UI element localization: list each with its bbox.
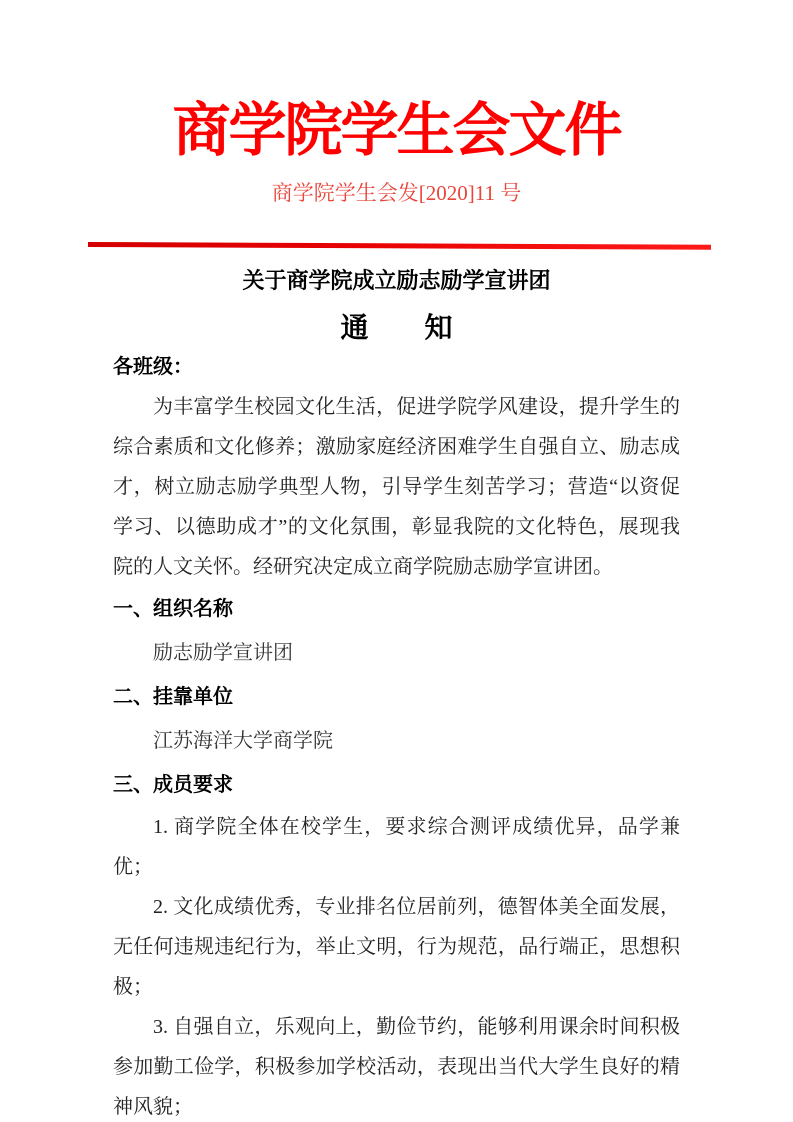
notice-title: 关于商学院成立励志励学宣讲团 bbox=[113, 265, 680, 297]
header-divider-rule bbox=[88, 242, 711, 250]
section-organization-name: 一、组织名称 励志励学宣讲团 bbox=[113, 587, 680, 675]
section-heading: 二、挂靠单位 bbox=[113, 675, 680, 719]
section-item: 2. 文化成绩优秀，专业排名位居前列，德智体美全面发展，无任何违规违纪行为，举止… bbox=[113, 887, 680, 1007]
section-item: 3. 自强自立，乐观向上，勤俭节约，能够利用课余时间积极参加勤工俭学，积极参加学… bbox=[113, 1007, 680, 1122]
document-page: 商学院学生会文件 商学院学生会发[2020]11 号 关于商学院成立励志励学宣讲… bbox=[0, 0, 793, 1122]
document-number: 商学院学生会发[2020]11 号 bbox=[113, 178, 680, 208]
section-heading: 一、组织名称 bbox=[113, 587, 680, 631]
notice-subtitle: 通 知 bbox=[113, 309, 680, 347]
section-affiliated-unit: 二、挂靠单位 江苏海洋大学商学院 bbox=[113, 675, 680, 763]
section-item: 江苏海洋大学商学院 bbox=[113, 719, 680, 763]
salutation: 各班级： bbox=[113, 347, 680, 387]
masthead-title: 商学院学生会文件 bbox=[113, 96, 680, 166]
intro-paragraph: 为丰富学生校园文化生活，促进学院学风建设，提升学生的综合素质和文化修养；激励家庭… bbox=[113, 387, 680, 587]
section-item: 1. 商学院全体在校学生，要求综合测评成绩优异，品学兼优； bbox=[113, 807, 680, 887]
section-item: 励志励学宣讲团 bbox=[113, 631, 680, 675]
section-member-requirements: 三、成员要求 1. 商学院全体在校学生，要求综合测评成绩优异，品学兼优； 2. … bbox=[113, 763, 680, 1122]
section-heading: 三、成员要求 bbox=[113, 763, 680, 807]
